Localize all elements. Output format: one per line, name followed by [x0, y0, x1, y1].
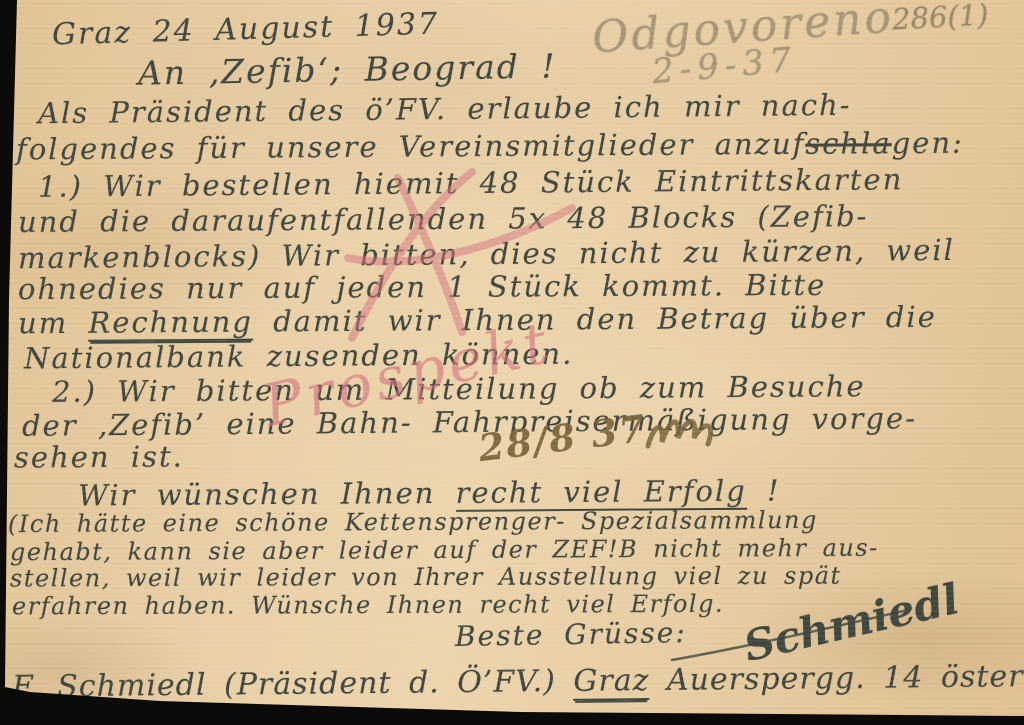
intro-line-1: Als Präsident des ö’FV. erlaube ich mir … — [38, 88, 852, 131]
footer-line: F. Schmiedl (Präsident d. Ö’FV.) Graz Au… — [12, 658, 1024, 704]
intro-line-2-pre: folgendes für unsere Vereinsmitglieder a… — [16, 127, 806, 167]
item1-line-1: 1.) Wir bestellen hiemit 48 Stück Eintri… — [38, 162, 904, 204]
crossed-out-word: schla — [805, 126, 892, 161]
item2-line-2: der ‚Zefib’ eine Bahn- Fahrpreisermäßigu… — [22, 401, 917, 443]
date-line: Graz 24 August 1937 — [52, 7, 440, 53]
underlined-city-graz: Graz — [573, 663, 649, 701]
item2-line-3: sehen ist. — [14, 440, 184, 475]
item1-line-5-post: damit wir Ihnen den Betrag über die — [253, 300, 937, 339]
corner-archive-number: 286(1) — [891, 0, 989, 37]
ps-line-3: stellen, weil wir leider von Ihrer Ausst… — [10, 562, 842, 593]
wish-post: ! — [747, 474, 781, 508]
underlined-word-rechnung: Rechnung — [88, 305, 253, 342]
footer-post: Auerspergg. 14 österreich — [649, 658, 1024, 698]
footer-pre: F. Schmiedl (Präsident d. Ö’FV.) — [12, 664, 574, 705]
salutation-line: An ‚Zefib‘; Beograd ! — [138, 46, 557, 92]
wish-pre: Wir wünschen Ihnen — [78, 476, 456, 513]
item1-line-2: und die daraufentfallenden 5x 48 Blocks … — [18, 199, 869, 239]
closing-line: Beste Grüsse: — [455, 616, 687, 653]
intro-line-2-post: gen: — [892, 126, 964, 161]
letter-paper: Graz 24 August 1937 An ‚Zefib‘; Beograd … — [0, 0, 1024, 725]
ps-line-1: (Ich hätte eine schöne Kettensprenger- S… — [8, 506, 818, 538]
ps-line-4: erfahren haben. Wünsche Ihnen recht viel… — [12, 590, 724, 620]
item1-line-5-pre: um — [18, 306, 89, 340]
item1-line-4: ohnedies nur auf jeden 1 Stück kommt. Bi… — [18, 268, 826, 306]
intro-line-2: folgendes für unsere Vereinsmitglieder a… — [16, 126, 964, 167]
